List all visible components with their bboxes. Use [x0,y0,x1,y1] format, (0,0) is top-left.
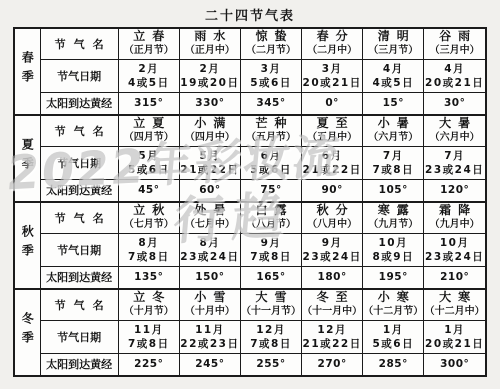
date-cell: 4月4或5日 [363,59,424,92]
solar-terms-table: 春季 节气名 立春（正月节） 雨水（正月中） 惊蛰（二月节） 春分（二月中） 清… [13,27,487,377]
degree-cell: 180° [302,266,363,289]
row-label-term-name: 节气名 [40,202,118,233]
date-cell: 8月7或8日 [118,233,179,266]
term-cell: 处暑（七月中） [179,202,240,233]
date-cell: 2月19或20日 [179,59,240,92]
term-cell: 大雪（十一月节） [240,289,301,320]
degree-cell: 60° [179,179,240,202]
season-label-text: 夏季 [15,138,39,176]
degree-cell: 210° [424,266,486,289]
term-cell: 冬至（十一月中） [302,289,363,320]
date-cell: 5月5或6日 [118,146,179,179]
term-cell: 芒种（五月节） [240,115,301,146]
degree-cell: 270° [302,353,363,376]
term-cell: 立冬（十月节） [118,289,179,320]
term-cell: 小暑（六月节） [363,115,424,146]
date-cell: 6月5或6日 [240,146,301,179]
term-cell: 小满（四月中） [179,115,240,146]
row-label-term-date: 节气日期 [40,320,118,353]
date-cell: 7月7或8日 [363,146,424,179]
season-label-autumn: 秋季 [14,202,40,289]
term-cell: 立夏（四月节） [118,115,179,146]
date-cell: 12月7或8日 [240,320,301,353]
date-cell: 1月20或21日 [424,320,486,353]
date-cell: 12月21或22日 [302,320,363,353]
term-cell: 小雪（十月中） [179,289,240,320]
term-cell: 立春（正月节） [118,28,179,59]
degree-cell: 315° [118,92,179,115]
degree-cell: 255° [240,353,301,376]
term-cell: 大暑（六月中） [424,115,486,146]
row-label-ecliptic-longitude: 太阳到达黄经 [40,179,118,202]
row-label-term-date: 节气日期 [40,59,118,92]
term-cell: 小寒（十二月节） [363,289,424,320]
degree-cell: 195° [363,266,424,289]
date-cell: 8月23或24日 [179,233,240,266]
row-label-term-name: 节气名 [40,289,118,320]
term-cell: 谷雨（三月中） [424,28,486,59]
row-label-ecliptic-longitude: 太阳到达黄经 [40,266,118,289]
term-cell: 秋分（八月中） [302,202,363,233]
term-cell: 立秋（七月节） [118,202,179,233]
degree-cell: 225° [118,353,179,376]
date-cell: 10月8或9日 [363,233,424,266]
season-label-text: 秋季 [15,225,39,263]
page-title: 二十四节气表 [0,0,500,24]
date-cell: 1月5或6日 [363,320,424,353]
row-label-term-date: 节气日期 [40,233,118,266]
degree-cell: 300° [424,353,486,376]
season-label-winter: 冬季 [14,289,40,376]
row-label-term-date: 节气日期 [40,146,118,179]
date-cell: 3月20或21日 [302,59,363,92]
degree-cell: 30° [424,92,486,115]
degree-cell: 245° [179,353,240,376]
season-label-spring: 春季 [14,28,40,115]
date-cell: 6月21或22日 [302,146,363,179]
degree-cell: 165° [240,266,301,289]
degree-cell: 330° [179,92,240,115]
degree-cell: 150° [179,266,240,289]
degree-cell: 45° [118,179,179,202]
date-cell: 9月23或24日 [302,233,363,266]
row-label-ecliptic-longitude: 太阳到达黄经 [40,92,118,115]
solar-terms-table-page: 二十四节气表 春季 节气名 立春（正月节） 雨水（正月中） 惊蛰（二月节） 春分… [0,0,500,389]
term-cell: 春分（二月中） [302,28,363,59]
term-cell: 惊蛰（二月节） [240,28,301,59]
date-cell: 9月7或8日 [240,233,301,266]
date-cell: 10月23或24日 [424,233,486,266]
term-cell: 白露（八月节） [240,202,301,233]
date-cell: 4月20或21日 [424,59,486,92]
season-label-text: 春季 [15,51,39,89]
date-cell: 5月21或22日 [179,146,240,179]
degree-cell: 0° [302,92,363,115]
degree-cell: 90° [302,179,363,202]
term-cell: 霜降（九月中） [424,202,486,233]
row-label-ecliptic-longitude: 太阳到达黄经 [40,353,118,376]
date-cell: 3月5或6日 [240,59,301,92]
degree-cell: 15° [363,92,424,115]
term-cell: 夏至（五月中） [302,115,363,146]
term-cell: 大寒（十二月中） [424,289,486,320]
season-label-text: 冬季 [15,312,39,350]
degree-cell: 105° [363,179,424,202]
row-label-term-name: 节气名 [40,28,118,59]
degree-cell: 120° [424,179,486,202]
term-cell: 寒露（九月节） [363,202,424,233]
term-cell: 雨水（正月中） [179,28,240,59]
date-cell: 2月4或5日 [118,59,179,92]
date-cell: 7月23或24日 [424,146,486,179]
season-label-summer: 夏季 [14,115,40,202]
date-cell: 11月22或23日 [179,320,240,353]
date-cell: 11月7或8日 [118,320,179,353]
degree-cell: 285° [363,353,424,376]
degree-cell: 345° [240,92,301,115]
degree-cell: 75° [240,179,301,202]
degree-cell: 135° [118,266,179,289]
row-label-term-name: 节气名 [40,115,118,146]
term-cell: 清明（三月节） [363,28,424,59]
